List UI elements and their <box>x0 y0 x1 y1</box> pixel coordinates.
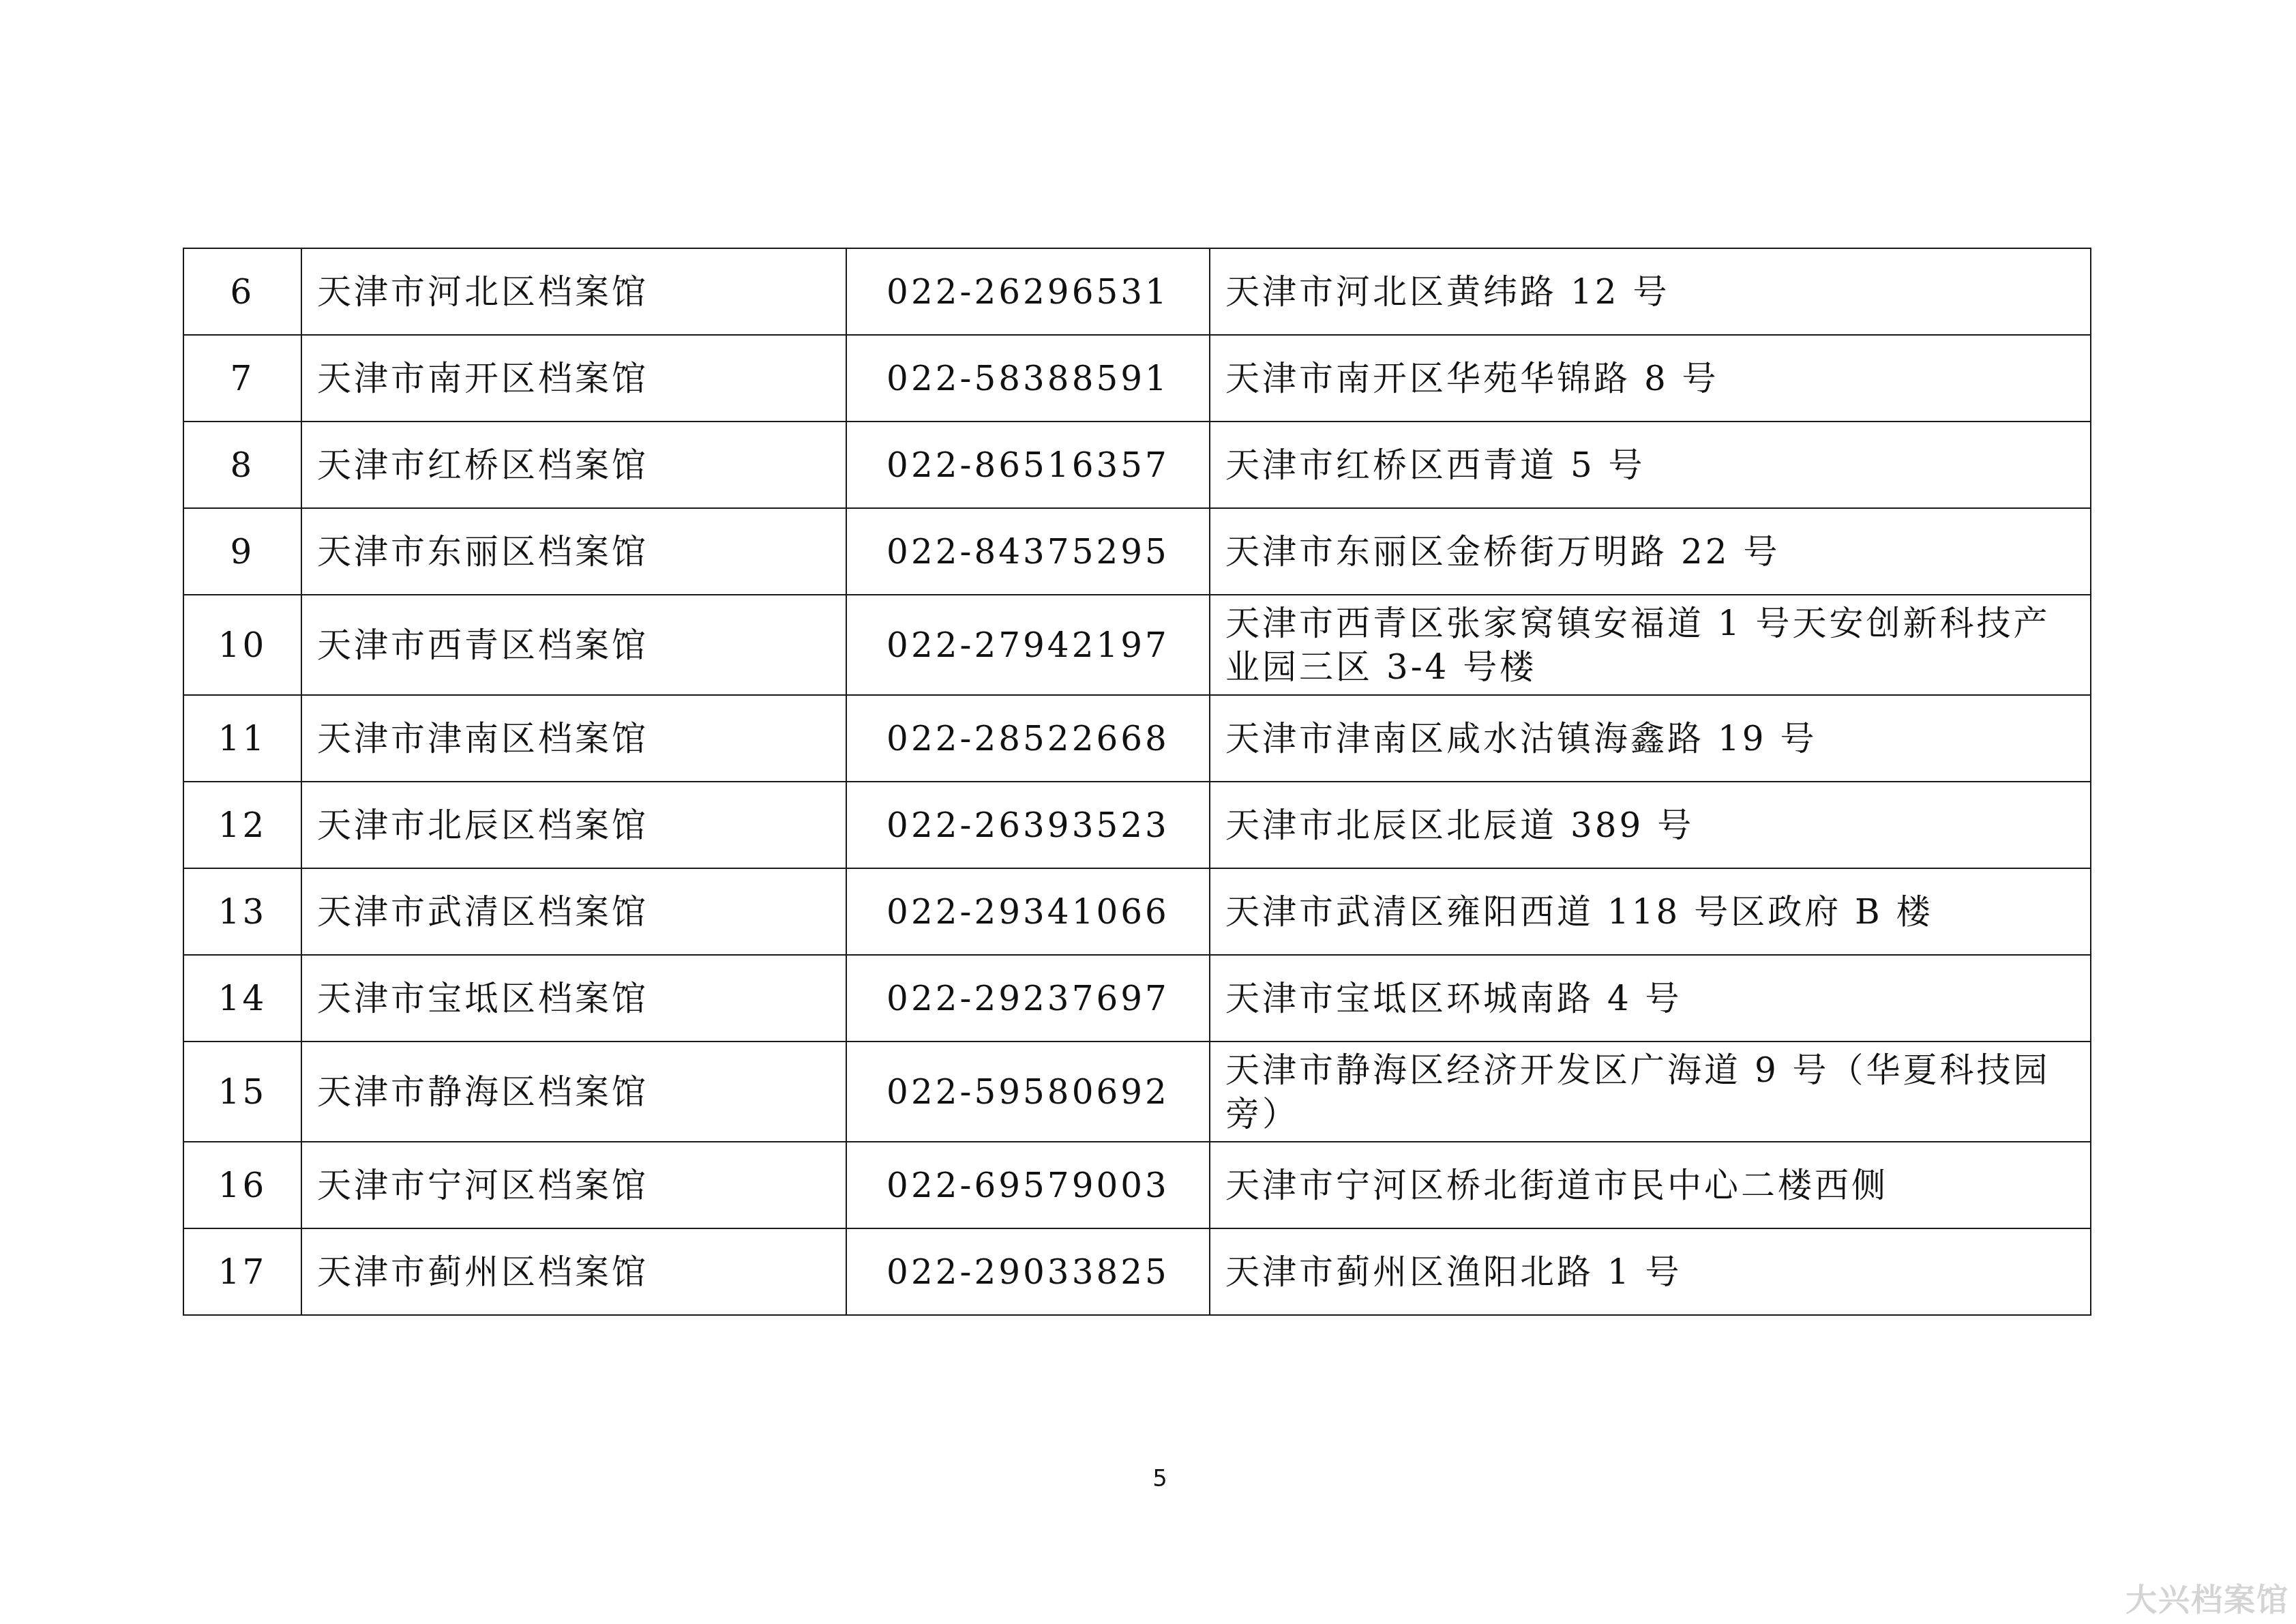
archive-name: 天津市东丽区档案馆 <box>301 508 846 595</box>
archive-name: 天津市静海区档案馆 <box>301 1042 846 1142</box>
row-number: 12 <box>183 782 301 868</box>
phone-number: 022-27942197 <box>846 595 1210 695</box>
address: 天津市河北区黄纬路 12 号 <box>1210 248 2091 335</box>
archive-name: 天津市蓟州区档案馆 <box>301 1228 846 1315</box>
address: 天津市津南区咸水沽镇海鑫路 19 号 <box>1210 695 2091 782</box>
row-number: 6 <box>183 248 301 335</box>
archive-contact-table: 6 天津市河北区档案馆 022-26296531 天津市河北区黄纬路 12 号 … <box>183 248 2091 1316</box>
document-page: 6 天津市河北区档案馆 022-26296531 天津市河北区黄纬路 12 号 … <box>0 0 2296 1624</box>
table-row: 11 天津市津南区档案馆 022-28522668 天津市津南区咸水沽镇海鑫路 … <box>183 695 2091 782</box>
archive-name: 天津市河北区档案馆 <box>301 248 846 335</box>
row-number: 7 <box>183 335 301 422</box>
phone-number: 022-26296531 <box>846 248 1210 335</box>
archive-name: 天津市西青区档案馆 <box>301 595 846 695</box>
address: 天津市东丽区金桥街万明路 22 号 <box>1210 508 2091 595</box>
address: 天津市北辰区北辰道 389 号 <box>1210 782 2091 868</box>
table-row: 8 天津市红桥区档案馆 022-86516357 天津市红桥区西青道 5 号 <box>183 422 2091 508</box>
phone-number: 022-29341066 <box>846 868 1210 955</box>
row-number: 14 <box>183 955 301 1042</box>
phone-number: 022-29033825 <box>846 1228 1210 1315</box>
archive-name: 天津市津南区档案馆 <box>301 695 846 782</box>
table-row: 10 天津市西青区档案馆 022-27942197 天津市西青区张家窝镇安福道 … <box>183 595 2091 695</box>
row-number: 17 <box>183 1228 301 1315</box>
row-number: 8 <box>183 422 301 508</box>
phone-number: 022-69579003 <box>846 1142 1210 1228</box>
watermark-logo: 大兴档案馆 <box>2126 1575 2289 1620</box>
table-row: 16 天津市宁河区档案馆 022-69579003 天津市宁河区桥北街道市民中心… <box>183 1142 2091 1228</box>
address: 天津市宁河区桥北街道市民中心二楼西侧 <box>1210 1142 2091 1228</box>
row-number: 13 <box>183 868 301 955</box>
archive-name: 天津市南开区档案馆 <box>301 335 846 422</box>
archive-name: 天津市武清区档案馆 <box>301 868 846 955</box>
archive-name: 天津市宁河区档案馆 <box>301 1142 846 1228</box>
phone-number: 022-59580692 <box>846 1042 1210 1142</box>
archive-name: 天津市北辰区档案馆 <box>301 782 846 868</box>
phone-number: 022-26393523 <box>846 782 1210 868</box>
table-row: 13 天津市武清区档案馆 022-29341066 天津市武清区雍阳西道 118… <box>183 868 2091 955</box>
address: 天津市南开区华苑华锦路 8 号 <box>1210 335 2091 422</box>
table-row: 9 天津市东丽区档案馆 022-84375295 天津市东丽区金桥街万明路 22… <box>183 508 2091 595</box>
phone-number: 022-28522668 <box>846 695 1210 782</box>
table-row: 17 天津市蓟州区档案馆 022-29033825 天津市蓟州区渔阳北路 1 号 <box>183 1228 2091 1315</box>
phone-number: 022-86516357 <box>846 422 1210 508</box>
address: 天津市西青区张家窝镇安福道 1 号天安创新科技产业园三区 3-4 号楼 <box>1210 595 2091 695</box>
page-number: 5 <box>1146 1465 1174 1492</box>
phone-number: 022-58388591 <box>846 335 1210 422</box>
row-number: 11 <box>183 695 301 782</box>
address: 天津市红桥区西青道 5 号 <box>1210 422 2091 508</box>
table-row: 6 天津市河北区档案馆 022-26296531 天津市河北区黄纬路 12 号 <box>183 248 2091 335</box>
row-number: 10 <box>183 595 301 695</box>
table-row: 14 天津市宝坻区档案馆 022-29237697 天津市宝坻区环城南路 4 号 <box>183 955 2091 1042</box>
archive-name: 天津市红桥区档案馆 <box>301 422 846 508</box>
row-number: 15 <box>183 1042 301 1142</box>
address: 天津市静海区经济开发区广海道 9 号（华夏科技园旁） <box>1210 1042 2091 1142</box>
address: 天津市武清区雍阳西道 118 号区政府 B 楼 <box>1210 868 2091 955</box>
address: 天津市宝坻区环城南路 4 号 <box>1210 955 2091 1042</box>
phone-number: 022-29237697 <box>846 955 1210 1042</box>
row-number: 9 <box>183 508 301 595</box>
row-number: 16 <box>183 1142 301 1228</box>
table-row: 7 天津市南开区档案馆 022-58388591 天津市南开区华苑华锦路 8 号 <box>183 335 2091 422</box>
table-row: 12 天津市北辰区档案馆 022-26393523 天津市北辰区北辰道 389 … <box>183 782 2091 868</box>
phone-number: 022-84375295 <box>846 508 1210 595</box>
address: 天津市蓟州区渔阳北路 1 号 <box>1210 1228 2091 1315</box>
archive-name: 天津市宝坻区档案馆 <box>301 955 846 1042</box>
table-row: 15 天津市静海区档案馆 022-59580692 天津市静海区经济开发区广海道… <box>183 1042 2091 1142</box>
